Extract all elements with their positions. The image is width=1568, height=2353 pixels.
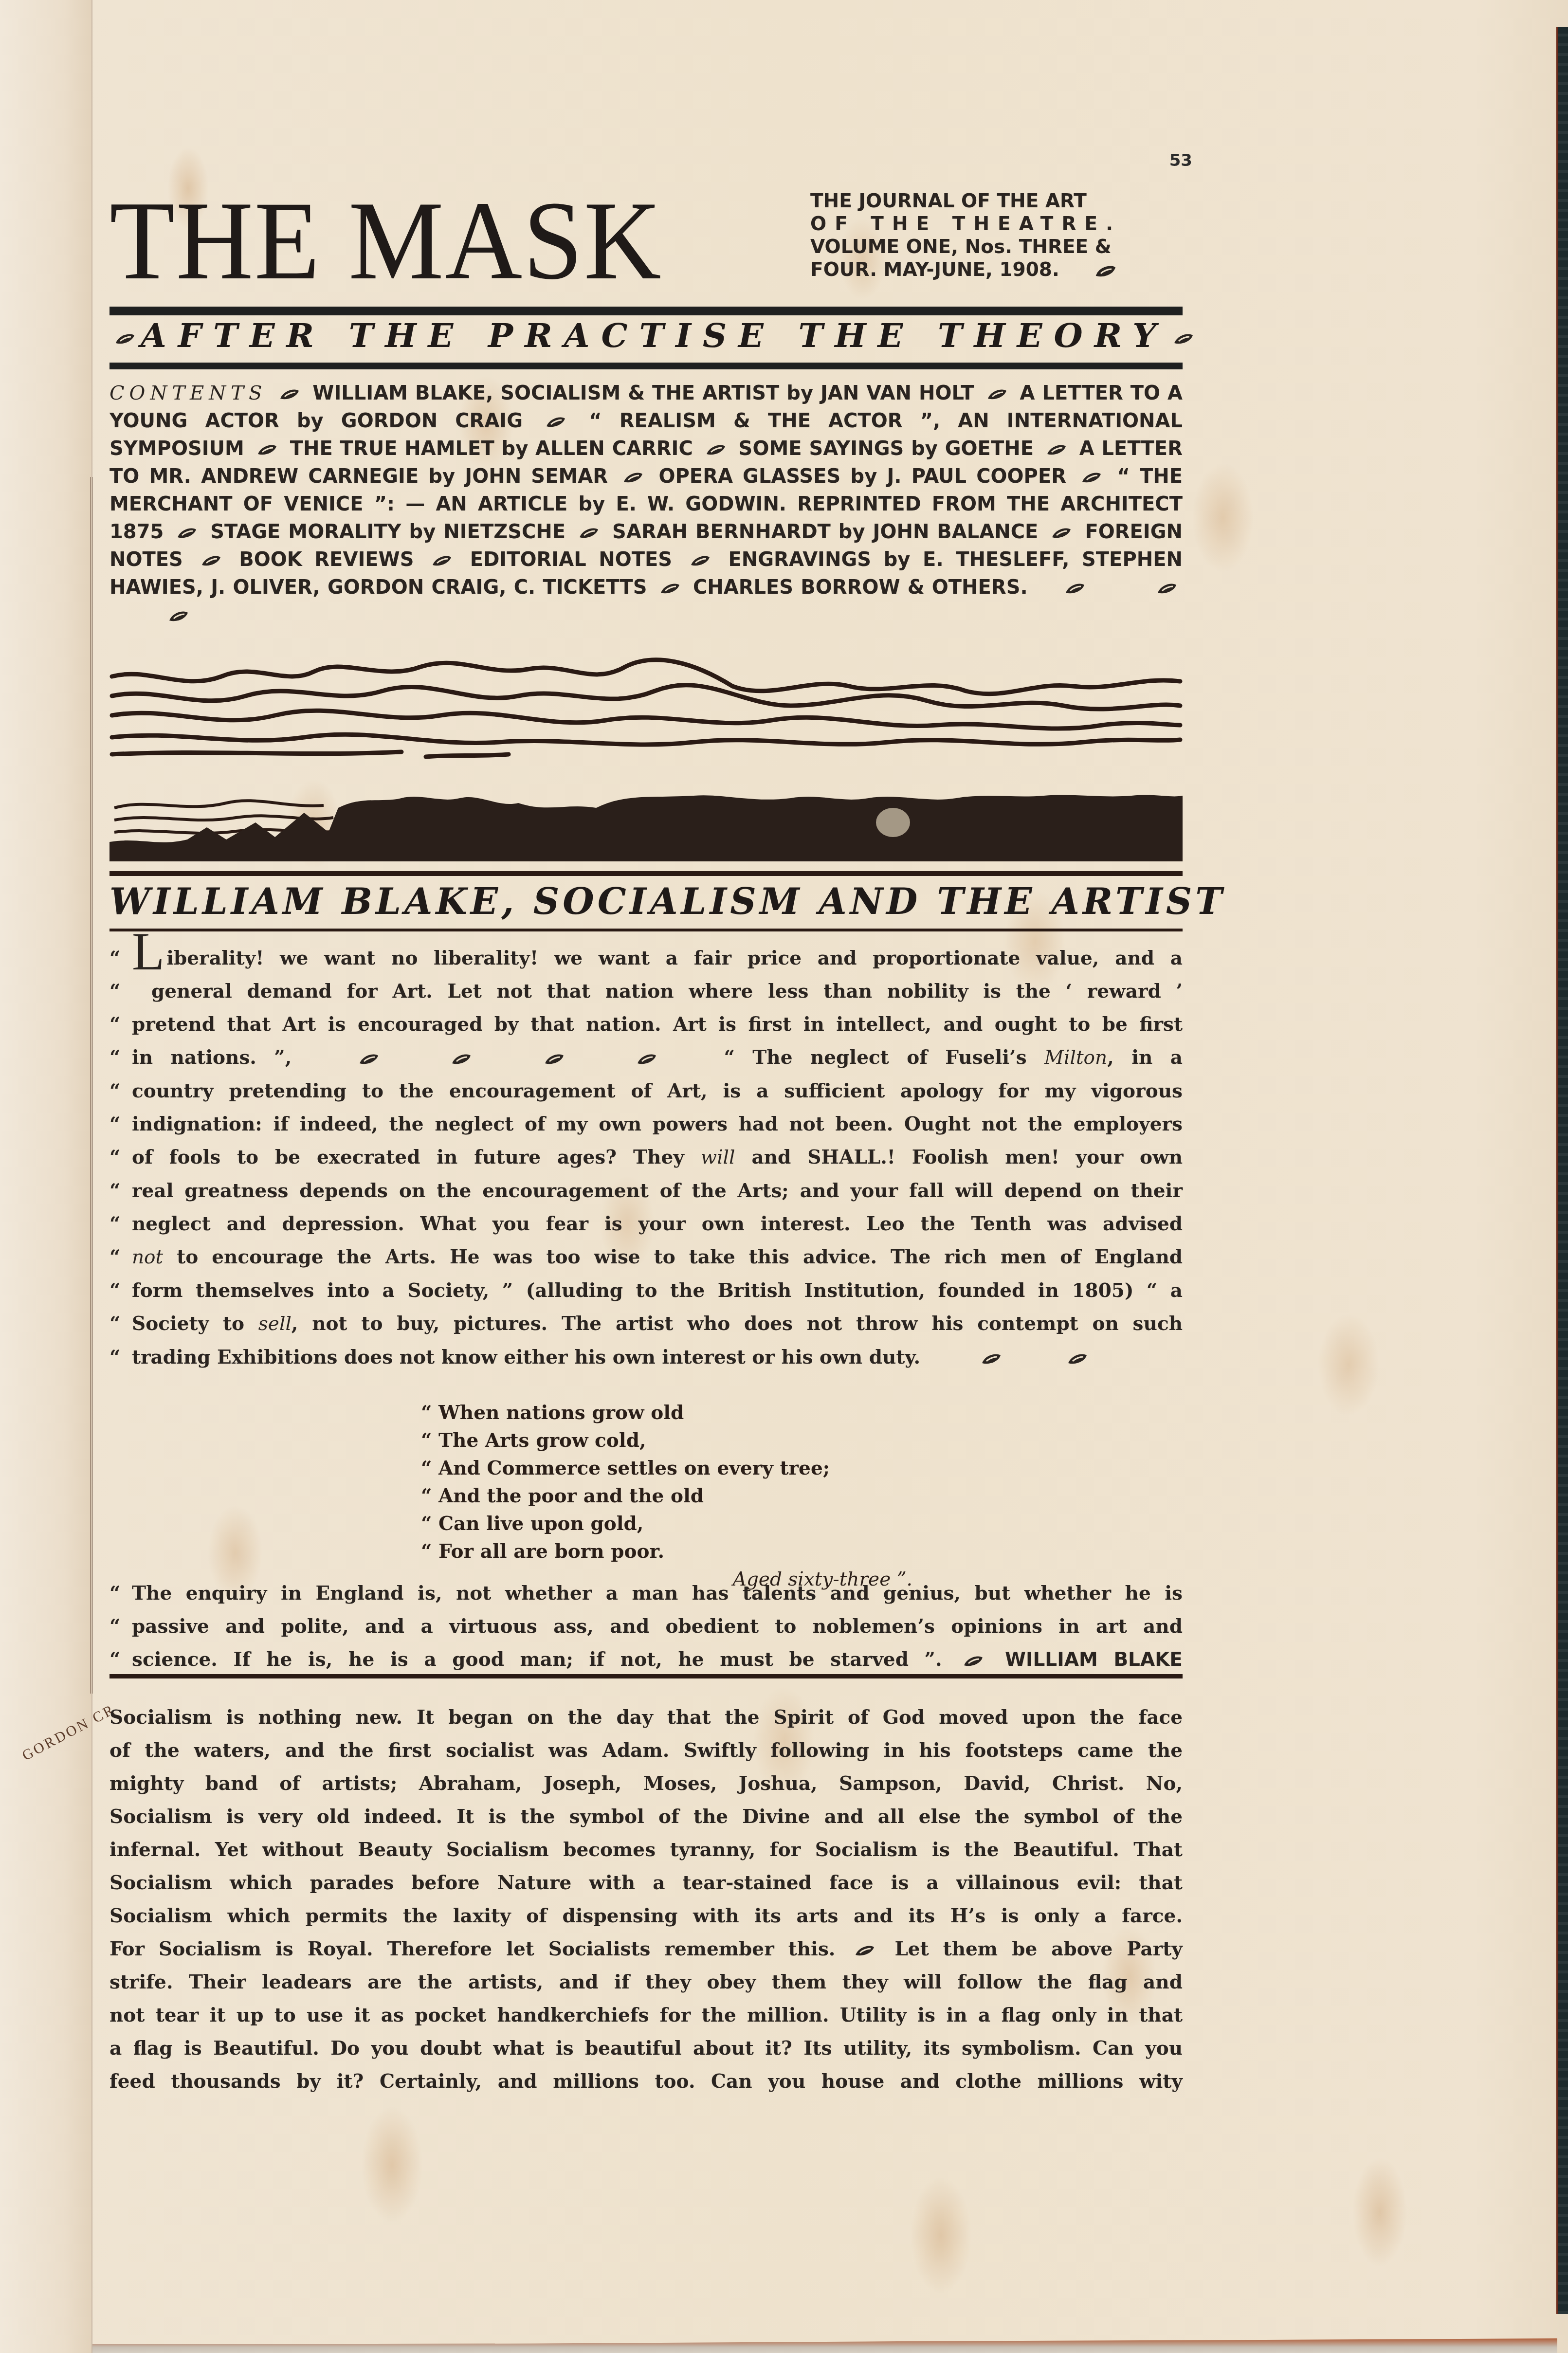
italic-word: will	[701, 1147, 735, 1168]
blake-quotation: “Liberality! we want no liberality! we w…	[109, 937, 1183, 1374]
quote-line: real greatness depends on the encouragem…	[132, 1180, 1183, 1202]
leaf-fleuron-icon	[544, 1053, 565, 1065]
paragraph-line: of the waters, and the first socialist w…	[109, 1734, 1183, 1767]
leaf-fleuron-icon	[1046, 443, 1067, 456]
leaf-fleuron-icon	[659, 582, 681, 595]
quote-line: pretend that Art is encouraged by that n…	[132, 1013, 1183, 1036]
paragraph-line: not tear it up to use it as pocket handk…	[109, 1999, 1183, 2032]
book-cover-edge	[1556, 27, 1568, 2314]
paragraph-line: a flag is Beautiful. Do you doubt what i…	[109, 2032, 1183, 2065]
quote-line: country pretending to the encouragement …	[132, 1080, 1183, 1102]
page-number: 53	[1169, 151, 1192, 170]
attribution: WILLIAM BLAKE	[1005, 1649, 1183, 1671]
poem-line: “ And the poor and the old	[421, 1482, 956, 1510]
contents-item[interactable]: CHARLES BORROW & OTHERS.	[693, 576, 1028, 599]
motto-text: AFTER THE PRACTISE THE THEORY	[141, 316, 1168, 355]
motto: AFTER THE PRACTISE THE THEORY	[109, 316, 1183, 355]
paragraph-line: feed thousands by it? Certainly, and mil…	[109, 2065, 1183, 2098]
leaf-fleuron-icon	[256, 443, 278, 456]
leaf-fleuron-icon	[636, 1053, 657, 1065]
binding-rule	[73, 477, 92, 1694]
leaf-fleuron-icon	[545, 416, 566, 428]
quote-line: trading Exhibitions does not know either…	[132, 1346, 920, 1368]
article-title: WILLIAM BLAKE, SOCIALISM AND THE ARTIST	[109, 881, 1183, 923]
masthead: THE MASK THE JOURNAL OF THE ART OF THE T…	[109, 190, 1183, 302]
quote-line: iberality! we want no liberality! we wan…	[166, 947, 1183, 969]
quote-line: neglect and depression. What you fear is…	[132, 1213, 1183, 1235]
leaf-fleuron-icon	[1051, 527, 1072, 539]
contents-item[interactable]: WILLIAM BLAKE, SOCIALISM & THE ARTIST by…	[312, 382, 974, 404]
quote-line: , not to buy, pictures. The artist who d…	[292, 1313, 1183, 1335]
leaf-fleuron-icon	[1067, 1352, 1088, 1365]
quote-line: to encourage the Arts. He was too wise t…	[177, 1246, 1183, 1268]
poem-line: “ And Commerce settles on every tree;	[421, 1455, 956, 1482]
poem-line: “ For all are born poor.	[421, 1538, 956, 1566]
quote-line: , in a	[1107, 1046, 1183, 1069]
contents-item[interactable]: SOME SAYINGS by GOETHE	[739, 438, 1034, 460]
leaf-fleuron-icon	[578, 527, 600, 539]
journal-info: THE JOURNAL OF THE ART OF THE THEATRE. V…	[810, 190, 1170, 281]
quote-line: indignation: if indeed, the neglect of m…	[132, 1113, 1183, 1135]
poem-line: “ Can live upon gold,	[421, 1510, 956, 1538]
poem-line: “ The Arts grow cold,	[421, 1427, 956, 1455]
leaf-fleuron-icon	[358, 1053, 380, 1065]
leaf-fleuron-icon	[114, 332, 136, 345]
leaf-fleuron-icon	[690, 554, 711, 567]
leaf-fleuron-icon	[705, 443, 727, 456]
paragraph-line: Socialism is nothing new. It began on th…	[109, 1701, 1183, 1734]
leaf-fleuron-icon	[986, 388, 1008, 401]
paragraph-line: strife. Their leadears are the artists, …	[109, 1966, 1183, 1999]
masthead-rule-bottom	[109, 363, 1183, 369]
italic-word: Milton	[1044, 1047, 1107, 1069]
article-title-rule	[109, 871, 1183, 876]
paragraph-line: For Socialism is Royal. Therefore let So…	[109, 1938, 835, 1960]
contents-item[interactable]: STAGE MORALITY by NIETZSCHE	[210, 521, 565, 543]
section-rule	[109, 1674, 1183, 1678]
leaf-fleuron-icon	[201, 554, 222, 567]
leaf-fleuron-icon	[1095, 265, 1116, 277]
quote-line: of fools to be execrated in future ages?…	[132, 1146, 684, 1168]
leaf-fleuron-icon	[981, 1352, 1002, 1365]
italic-word: sell	[258, 1313, 292, 1335]
quote-line: general demand for Art. Let not that nat…	[132, 980, 1183, 1003]
quote-line: “ The neglect of Fuseli’s	[724, 1046, 1026, 1069]
paragraph-line: Let them be above Party	[894, 1938, 1183, 1960]
landscape-engraving	[109, 793, 1183, 861]
paragraph-line: Socialism which parades before Nature wi…	[109, 1866, 1183, 1899]
contents-item[interactable]: BOOK REVIEWS	[239, 548, 414, 571]
contents-item[interactable]: THE TRUE HAMLET by ALLEN CARRIC	[290, 438, 693, 460]
leaf-fleuron-icon	[431, 554, 453, 567]
leaf-fleuron-icon	[1156, 582, 1178, 595]
quote-line: science. If he is, he is a good man; if …	[132, 1648, 942, 1671]
magazine-page: GORDON CR 53 THE MASK THE JOURNAL OF THE…	[0, 0, 1568, 2353]
drop-cap: L	[132, 937, 164, 966]
quote-line: in nations. ”,	[132, 1046, 292, 1069]
article-title-rule-bottom	[109, 929, 1183, 931]
leaf-fleuron-icon	[279, 388, 300, 401]
contents-item[interactable]: SARAH BERNHARDT by JOHN BALANCE	[612, 521, 1038, 543]
leaf-fleuron-icon	[622, 471, 644, 484]
cloud-engraving	[109, 657, 1183, 759]
socialism-paragraph: Socialism is nothing new. It began on th…	[109, 1701, 1183, 2098]
quote-line: Society to	[132, 1313, 244, 1335]
quote-line: passive and polite, and a virtuous ass, …	[132, 1615, 1183, 1638]
journal-info-line: FOUR. MAY-JUNE, 1908.	[810, 259, 1059, 281]
paragraph-line: mighty band of artists; Abraham, Joseph,…	[109, 1767, 1183, 1800]
journal-info-line: OF THE THEATRE.	[810, 213, 1170, 236]
table-of-contents: CONTENTS WILLIAM BLAKE, SOCIALISM & THE …	[109, 380, 1183, 629]
paragraph-line: infernal. Yet without Beauty Socialism b…	[109, 1833, 1183, 1866]
journal-info-line: VOLUME ONE, Nos. THREE &	[810, 236, 1170, 258]
paragraph-line: Socialism which permits the laxity of di…	[109, 1899, 1183, 1933]
quote-line: and SHALL.! Foolish men! your own	[751, 1146, 1183, 1168]
leaf-fleuron-icon	[854, 1944, 875, 1957]
page-bottom-edge	[92, 2338, 1557, 2353]
leaf-fleuron-icon	[168, 610, 189, 622]
leaf-fleuron-icon	[1064, 582, 1086, 595]
contents-label: CONTENTS	[109, 382, 267, 404]
closing-quotation: “The enquiry in England is, not whether …	[109, 1577, 1183, 1677]
leaf-fleuron-icon	[451, 1053, 472, 1065]
paragraph-line: Socialism is very old indeed. It is the …	[109, 1800, 1183, 1833]
contents-item[interactable]: OPERA GLASSES by J. PAUL COOPER	[658, 465, 1066, 488]
leaf-fleuron-icon	[1081, 471, 1102, 484]
italic-word: not	[132, 1246, 163, 1268]
leaf-fleuron-icon	[176, 527, 198, 539]
magazine-title: THE MASK	[109, 190, 662, 292]
masthead-rule-top	[109, 307, 1183, 315]
quote-line: The enquiry in England is, not whether a…	[132, 1582, 1183, 1605]
contents-item[interactable]: EDITORIAL NOTES	[470, 548, 672, 571]
poem: “ When nations grow old “ The Arts grow …	[421, 1399, 956, 1593]
leaf-fleuron-icon	[963, 1655, 984, 1667]
poem-line: “ When nations grow old	[421, 1399, 956, 1427]
quote-line: form themselves into a Society, ” (allud…	[132, 1279, 1183, 1302]
journal-info-line: THE JOURNAL OF THE ART	[810, 190, 1170, 213]
leaf-fleuron-icon	[1173, 332, 1194, 345]
